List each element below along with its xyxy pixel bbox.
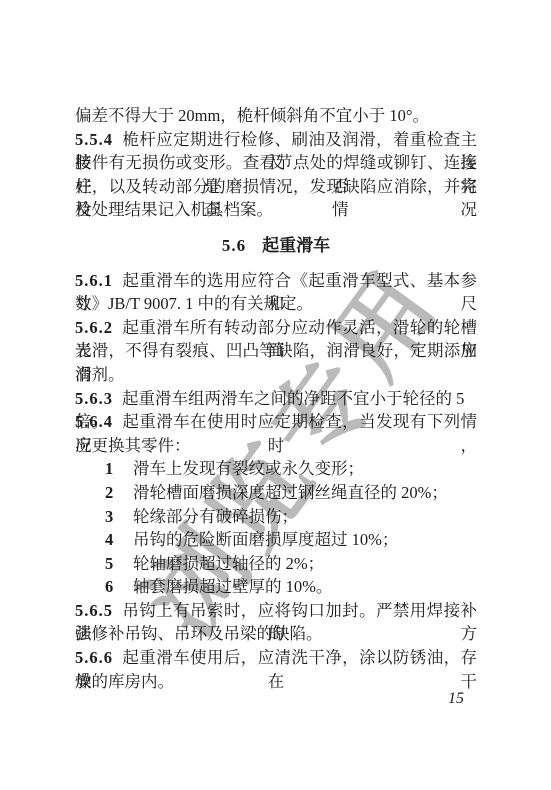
- clause-paragraph: 5.6.2起重滑车所有转动部分应动作灵活，滑轮的轮槽表面应光滑，不得有裂痕、凹凸…: [75, 316, 477, 387]
- section-heading: 5.6起重滑车: [75, 234, 477, 258]
- list-item-text: 滑轮槽面磨损深度超过钢丝绳直径的 20%；: [133, 483, 448, 502]
- section-title: 起重滑车: [262, 236, 330, 255]
- paragraph-line: 5.6.2起重滑车所有转动部分应动作灵活，滑轮的轮槽表面应: [75, 316, 477, 340]
- clause-number: 5.5.4: [75, 130, 113, 149]
- paragraph-line: 5.6.3起重滑车组两滑车之间的净距不宜小于轮径的 5 倍。: [75, 387, 477, 411]
- list-item-text: 滑车上发现有裂纹或永久变形；: [133, 459, 364, 478]
- list-item-number: 4: [105, 528, 133, 552]
- clause-paragraph: 5.6.1起重滑车的选用应符合《起重滑车型式、基本参数和尺寸》JB/T 9007…: [75, 269, 477, 316]
- clause-number: 5.6.5: [75, 601, 113, 620]
- list-item-number: 3: [105, 505, 133, 529]
- paragraph-line: 光滑，不得有裂痕、凹凸等缺陷，润滑良好，定期添加润: [75, 339, 477, 363]
- list-item-number: 5: [105, 552, 133, 576]
- clause-paragraph: 5.6.6起重滑车使用后，应清洗干净，涂以防锈油，存放在干燥的库房内。: [75, 646, 477, 693]
- paragraph-line: 好，以及转动部分的磨损情况，发现缺陷应消除，并将检查情况: [75, 175, 477, 199]
- document-page: 浏览专用 偏差不得大于 20mm，桅杆倾斜角不宜小于 10°。5.5.4桅杆应定…: [0, 0, 551, 790]
- paragraph-line: 接件有无损伤或变形。查看节点处的焊缝或铆钉、连接柱是否完: [75, 151, 477, 175]
- clause-number: 5.6.3: [75, 389, 113, 408]
- paragraph-line: 5.6.1起重滑车的选用应符合《起重滑车型式、基本参数和尺: [75, 269, 477, 293]
- clause-paragraph: 5.6.3起重滑车组两滑车之间的净距不宜小于轮径的 5 倍。: [75, 387, 477, 411]
- list-item: 1滑车上发现有裂纹或永久变形；: [75, 457, 477, 481]
- list-item: 5轮轴磨损超过轴径的 2%；: [75, 552, 477, 576]
- list-item-text: 轴套磨损超过壁厚的 10%。: [133, 577, 332, 596]
- paragraph-line: 偏差不得大于 20mm，桅杆倾斜角不宜小于 10°。: [75, 104, 477, 128]
- paragraph-line: 5.6.6起重滑车使用后，应清洗干净，涂以防锈油，存放在干: [75, 646, 477, 670]
- clause-paragraph: 5.6.5吊钩上有吊索时，应将钩口加封。严禁用焊接补强的方法修补吊钩、吊环及吊梁…: [75, 599, 477, 646]
- paragraph-line: 滑剂。: [75, 363, 477, 387]
- clause-paragraph: 偏差不得大于 20mm，桅杆倾斜角不宜小于 10°。: [75, 104, 477, 128]
- clause-number: 5.6.1: [75, 271, 113, 290]
- list-item-number: 6: [105, 575, 133, 599]
- clause-paragraph: 5.6.4起重滑车在使用时应定期检查，当发现有下列情况时，应更换其零件：: [75, 410, 477, 457]
- list-item: 2滑轮槽面磨损深度超过钢丝绳直径的 20%；: [75, 481, 477, 505]
- clause-number: 5.6.6: [75, 648, 113, 667]
- list-item-text: 轮轴磨损超过轴径的 2%；: [133, 554, 324, 573]
- list-item-number: 2: [105, 481, 133, 505]
- list-item: 6轴套磨损超过壁厚的 10%。: [75, 575, 477, 599]
- list-item-text: 吊钩的危险断面磨损厚度超过 10%；: [133, 530, 398, 549]
- list-item-text: 轮缘部分有破碎损伤；: [133, 507, 298, 526]
- list-item: 4吊钩的危险断面磨损厚度超过 10%；: [75, 528, 477, 552]
- paragraph-line: 5.5.4桅杆应定期进行检修、刷油及润滑，着重检查主肢及连: [75, 128, 477, 152]
- paragraph-line: 5.6.5吊钩上有吊索时，应将钩口加封。严禁用焊接补强的方: [75, 599, 477, 623]
- list-item: 3轮缘部分有破碎损伤；: [75, 505, 477, 529]
- clause-number: 5.6.4: [75, 412, 113, 431]
- paragraph-line: 5.6.4起重滑车在使用时应定期检查，当发现有下列情况时，: [75, 410, 477, 434]
- list-item-number: 1: [105, 457, 133, 481]
- section-number: 5.6: [222, 236, 246, 255]
- clause-paragraph: 5.5.4桅杆应定期进行检修、刷油及润滑，着重检查主肢及连接件有无损伤或变形。查…: [75, 128, 477, 222]
- clause-number: 5.6.2: [75, 318, 113, 337]
- document-content: 偏差不得大于 20mm，桅杆倾斜角不宜小于 10°。5.5.4桅杆应定期进行检修…: [75, 104, 477, 693]
- page-number: 15: [448, 690, 464, 708]
